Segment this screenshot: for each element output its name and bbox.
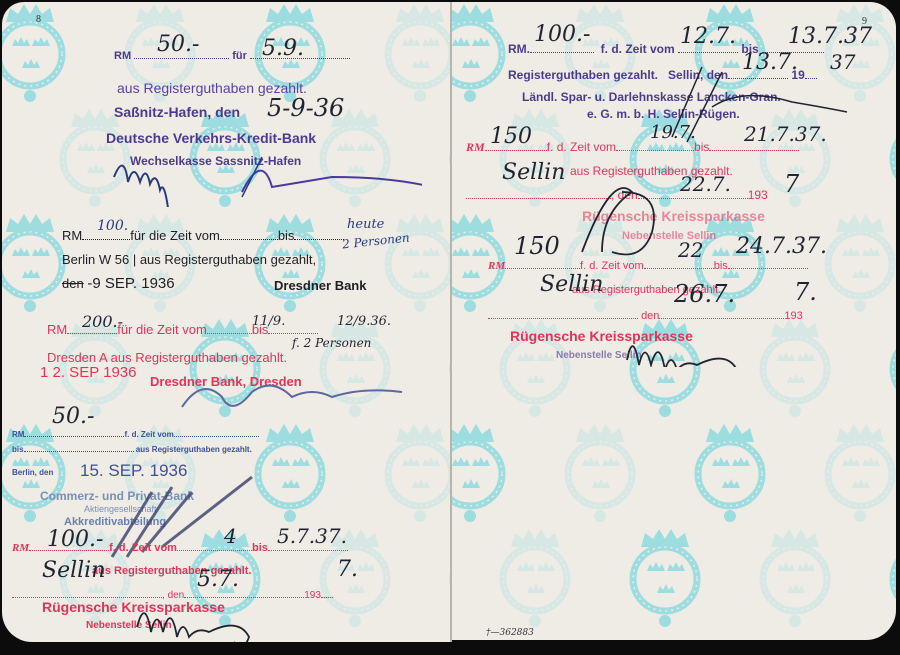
entry-r2-amount: 150 [490, 124, 532, 149]
entry-1-date: 5-9-36 [267, 94, 344, 122]
date-stamp: -9 SEP. 1936 [87, 275, 174, 292]
entry-r3-line3: den193 [488, 310, 803, 322]
entry-5-date: 5.7. [197, 567, 239, 592]
entry-r3-place: Sellin [540, 272, 603, 297]
entry-1-place: Saßnitz-Hafen, den [114, 104, 240, 120]
left-page: 8 RM für 50.- 5.9. aus Registerguthaben … [2, 2, 452, 642]
fuer-label: für [232, 50, 247, 62]
entry-2-bank: Dresdner Bank [274, 278, 366, 293]
entry-5-amount: 100.- [47, 527, 103, 552]
entry-1-amount: 50.- [157, 32, 199, 57]
entry-5-until: 5.7.37. [277, 524, 347, 548]
entry-2-line2: Berlin W 56 | aus Registerguthaben gezah… [62, 252, 316, 267]
signature-1 [102, 147, 422, 207]
serial-number: †—362883 [486, 628, 534, 638]
entry-1-bank: Deutsche Verkehrs-Kredit-Bank [106, 130, 316, 146]
signature-r3 [622, 322, 752, 367]
entry-3-date-stamp: 1 2. SEP 1936 [40, 364, 136, 381]
entry-r3-date: 26.7. [674, 280, 735, 308]
page-number: 8 [36, 14, 41, 25]
entry-5-year: 7. [337, 557, 358, 582]
entry-5-place: Sellin [42, 558, 105, 583]
entry-r3-line1: RMf. d. Zeit vombis [488, 260, 808, 272]
entry-4-line2: bis aus Registerguthaben gezahlt. [12, 445, 252, 454]
entry-2-line3: den -9 SEP. 1936 [62, 275, 175, 292]
right-page: 9 RM. f. d. Zeit vom bis 100.- 12.7. 13.… [452, 2, 896, 640]
entry-r2-until: 21.7.37. [744, 122, 827, 146]
entry-4-line1: RMf. d. Zeit vom [12, 430, 259, 439]
entry-r3-until: 24.7.37. [736, 234, 827, 259]
rm-label: RM [114, 50, 131, 62]
entry-r3-from: 22 [678, 238, 703, 262]
entry-3-amount: 200.- [82, 312, 123, 331]
entry-r1-from: 12.7. [680, 24, 736, 49]
entry-5-from: 4 [224, 524, 237, 548]
entry-1-line1: RM für [114, 50, 350, 62]
entry-3-from: 11/9. [252, 314, 285, 329]
entry-4-amount: 50.- [52, 404, 94, 429]
entry-3-until: 12/9.36. [337, 314, 391, 329]
entry-3-note: f. 2 Personen [292, 336, 371, 350]
entry-r1-amount: 100.- [534, 22, 590, 47]
entry-r3-year: 7. [794, 278, 817, 306]
entry-r2-from: 19.7. [650, 122, 696, 143]
entry-3-line2: Dresden A aus Registerguthaben gezahlt. [47, 350, 287, 365]
signature-3 [172, 367, 432, 427]
entry-r2-year: 7 [784, 170, 799, 198]
entry-2-amount: 100. [97, 218, 128, 234]
signature-5 [132, 592, 302, 642]
entry-4-place: Berlin, den [12, 468, 53, 477]
entry-2-until: heute [347, 217, 384, 232]
entry-1-date-handwritten: 5.9. [262, 36, 304, 61]
entry-r3-amount: 150 [514, 232, 560, 260]
entry-r1-until: 13.7.37 [788, 24, 872, 49]
rm-label: RM [62, 228, 82, 243]
entry-r2-place: Sellin [502, 160, 565, 185]
